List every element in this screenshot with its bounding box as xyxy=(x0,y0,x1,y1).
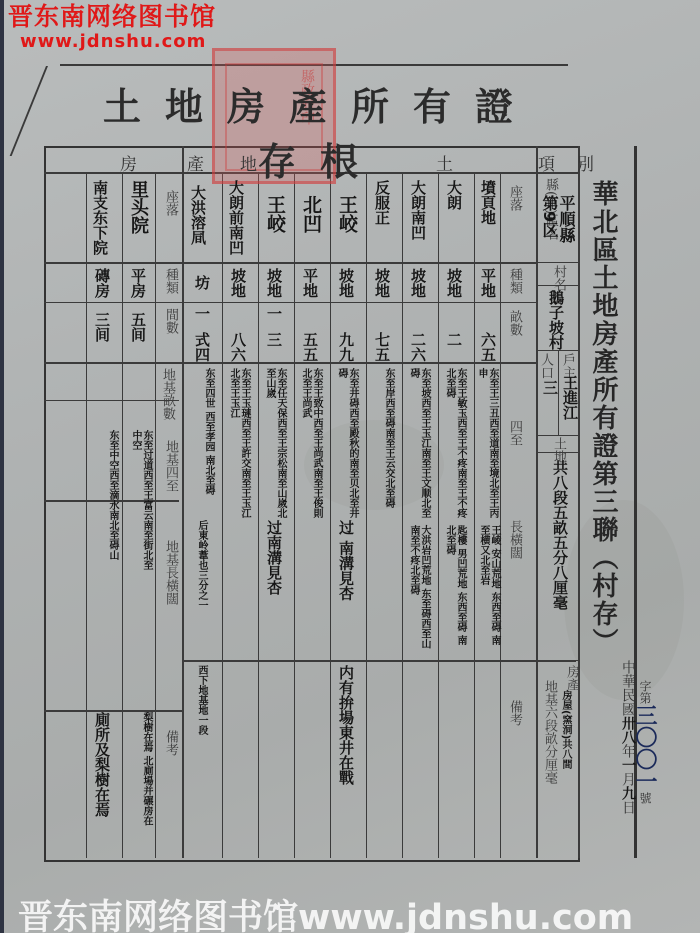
house-total: 房屋(窯洞)共八間 xyxy=(560,690,571,769)
label-type: 種類 xyxy=(506,268,522,294)
label-base-bounds: 地基四至 xyxy=(162,440,178,492)
parcel-4-location: 反服正 xyxy=(374,180,390,225)
parcel-5-remarks: 内有拚場東井在戰 xyxy=(338,665,354,785)
house-1-remarks: 梨樹在焉 北廁場并碾房在 xyxy=(126,712,152,852)
parcel-5-bounds: 东至井碍西至殿秋的南至贝北至井碍 xyxy=(334,368,358,518)
parcel-9-remarks: 西下地基地一段 xyxy=(196,665,207,735)
parcel-7-bounds: 东至任天保西至王宗松南至山嵗北至山嵗 xyxy=(262,368,286,518)
parcel-2-location: 大朗 xyxy=(446,180,462,210)
label-remarks: 備考 xyxy=(506,700,522,726)
parcel-9-dims: 后東岭葦也三分之一 xyxy=(196,520,207,655)
parcel-2-bounds: 东至王敏玉西至王不疼南至王不疼北至碍 xyxy=(442,368,466,518)
parcel-6-type: 平地 xyxy=(302,268,318,298)
parcel-8-location: 大朗前南凹 xyxy=(228,180,244,255)
house-1-location: 里头院 xyxy=(128,180,148,234)
parcel-2-dims: 匙樓 男凹荒地 东西至碍 南北至碍 xyxy=(442,525,466,655)
parcel-9-bounds: 东至四世 西至孝园 南北至碍 xyxy=(190,368,214,518)
label-dimensions: 長橫闊 xyxy=(506,520,522,559)
parcel-1-location: 墳頁地 xyxy=(480,180,496,225)
parcel-5-area: 九九 xyxy=(338,332,354,362)
parcel-6-area: 五五 xyxy=(302,332,318,362)
label-location: 座落 xyxy=(506,185,522,211)
parcel-7-area: 三 xyxy=(266,332,282,347)
parcel-4-area: 七五 xyxy=(374,332,390,362)
base-total: 地基六段畝分厘毫 xyxy=(544,680,555,784)
house-2-type: 磚房 xyxy=(94,268,110,298)
label-rooms: 間數 xyxy=(162,308,178,334)
parcel-4-type: 坡地 xyxy=(374,268,390,298)
serial-suffix: 號 xyxy=(638,792,652,804)
header-land-right: 土 xyxy=(436,150,453,175)
house-1-rooms: 五间 xyxy=(130,312,146,342)
village-label: 村名 xyxy=(550,265,566,291)
parcel-1-type: 平地 xyxy=(480,268,496,298)
house-1-bounds: 东至过道西至王富云南至街北至中空 xyxy=(126,430,152,570)
serial-label: 字第 xyxy=(638,680,652,704)
village-value: 鵝子坡村 xyxy=(548,290,564,350)
parcel-7-location: 王峧 xyxy=(264,195,286,233)
parcel-7-area-mu: 一 xyxy=(266,306,282,321)
county-value: 平順縣第9区 xyxy=(541,195,575,255)
house-2-rooms: 三间 xyxy=(94,312,110,342)
parcel-1-area: 六五 xyxy=(480,332,496,362)
parcel-3-area: 二六 xyxy=(410,332,426,362)
header-house: 房產 xyxy=(120,150,254,175)
label-base-dims: 地基長橫闊 xyxy=(162,540,178,605)
parcel-9-area-mu: 一 xyxy=(194,306,210,321)
header-item: 項別 xyxy=(538,150,616,175)
watermark-top: 晋东南网络图书馆 www.jdnshu.com xyxy=(8,2,216,52)
parcel-7-dims: 过南溝見杏 xyxy=(266,520,282,650)
main-heading: 華北區土地房產所有證第三聯（村存） xyxy=(588,180,618,656)
owner-value: 王進江 xyxy=(562,375,578,420)
parcel-3-bounds: 东至坡西至王玉江南至王文顺北至碍 xyxy=(406,368,430,518)
house-label: 房產 xyxy=(566,665,577,691)
persons-value: 三 xyxy=(542,380,558,395)
parcel-9-location: 大洪溶凬 xyxy=(190,185,206,245)
watermark-bottom: 晋东南网络图书馆www.jdnshu.com xyxy=(18,890,633,933)
parcel-3-location: 大朗南凹 xyxy=(410,180,426,240)
label-house-remarks: 備考 xyxy=(162,730,178,756)
parcel-4-bounds: 东至岸西至碍南至王云交北至碍 xyxy=(370,368,394,518)
parcel-8-area: 八六 xyxy=(230,332,246,362)
house-1-type: 平房 xyxy=(130,268,146,298)
label-house-location: 座落 xyxy=(162,190,178,216)
label-boundaries: 四至 xyxy=(506,420,522,446)
parcel-3-dims: 大洪岩凹荒地 东至碍西至山 南至不疼北至碍 xyxy=(406,525,430,655)
label-area: 畝數 xyxy=(506,310,522,336)
parcel-5-location: 王峧 xyxy=(336,195,358,233)
house-2-remarks: 廁所及梨樹在焉 xyxy=(94,712,110,817)
parcel-8-type: 坡地 xyxy=(230,268,246,298)
parcel-3-type: 坡地 xyxy=(410,268,426,298)
persons-label: 人口 xyxy=(540,353,551,379)
serial-value: 三〇〇一 xyxy=(632,704,658,792)
parcel-2-type: 坡地 xyxy=(446,268,462,298)
label-base-area: 地基畝數 xyxy=(162,368,173,420)
label-house-type: 種類 xyxy=(162,268,178,294)
parcel-1-dims: 王崚 安山荒地 东西至碍 南至横又北至岩 xyxy=(478,525,500,655)
header-land-left: 地 xyxy=(240,150,257,175)
parcel-7-type: 坡地 xyxy=(266,268,282,298)
watermark-site-name: 晋东南网络图书馆 xyxy=(8,2,216,32)
serial-number: 字第三〇〇一號 xyxy=(630,680,661,804)
parcel-9-area: 式四 xyxy=(194,332,210,362)
parcel-2-area: 二 xyxy=(446,332,462,347)
house-2-bounds: 东至中空西至滴水南北至碍山 xyxy=(90,430,118,570)
land-total: 共八段五畝五分八厘毫 xyxy=(552,460,568,610)
parcel-1-bounds: 东至王三丑西至道南至境北至王丙申 xyxy=(478,368,498,518)
house-2-location: 南支东下院 xyxy=(92,180,108,255)
watermark-site-url: www.jdnshu.com xyxy=(20,32,216,52)
parcel-6-location: 北凹 xyxy=(300,195,322,233)
parcel-5-dims: 过 南溝見杏 xyxy=(338,520,354,650)
parcel-5-type: 坡地 xyxy=(338,268,354,298)
parcel-6-bounds: 东至王致中西至王尚武南至王俊則北至王尚武 xyxy=(298,368,322,518)
parcel-9-type: 坊 xyxy=(194,275,210,290)
parcel-8-bounds: 东至王玉璉西至王許交南至王玉江北至王玉江 xyxy=(226,368,250,518)
